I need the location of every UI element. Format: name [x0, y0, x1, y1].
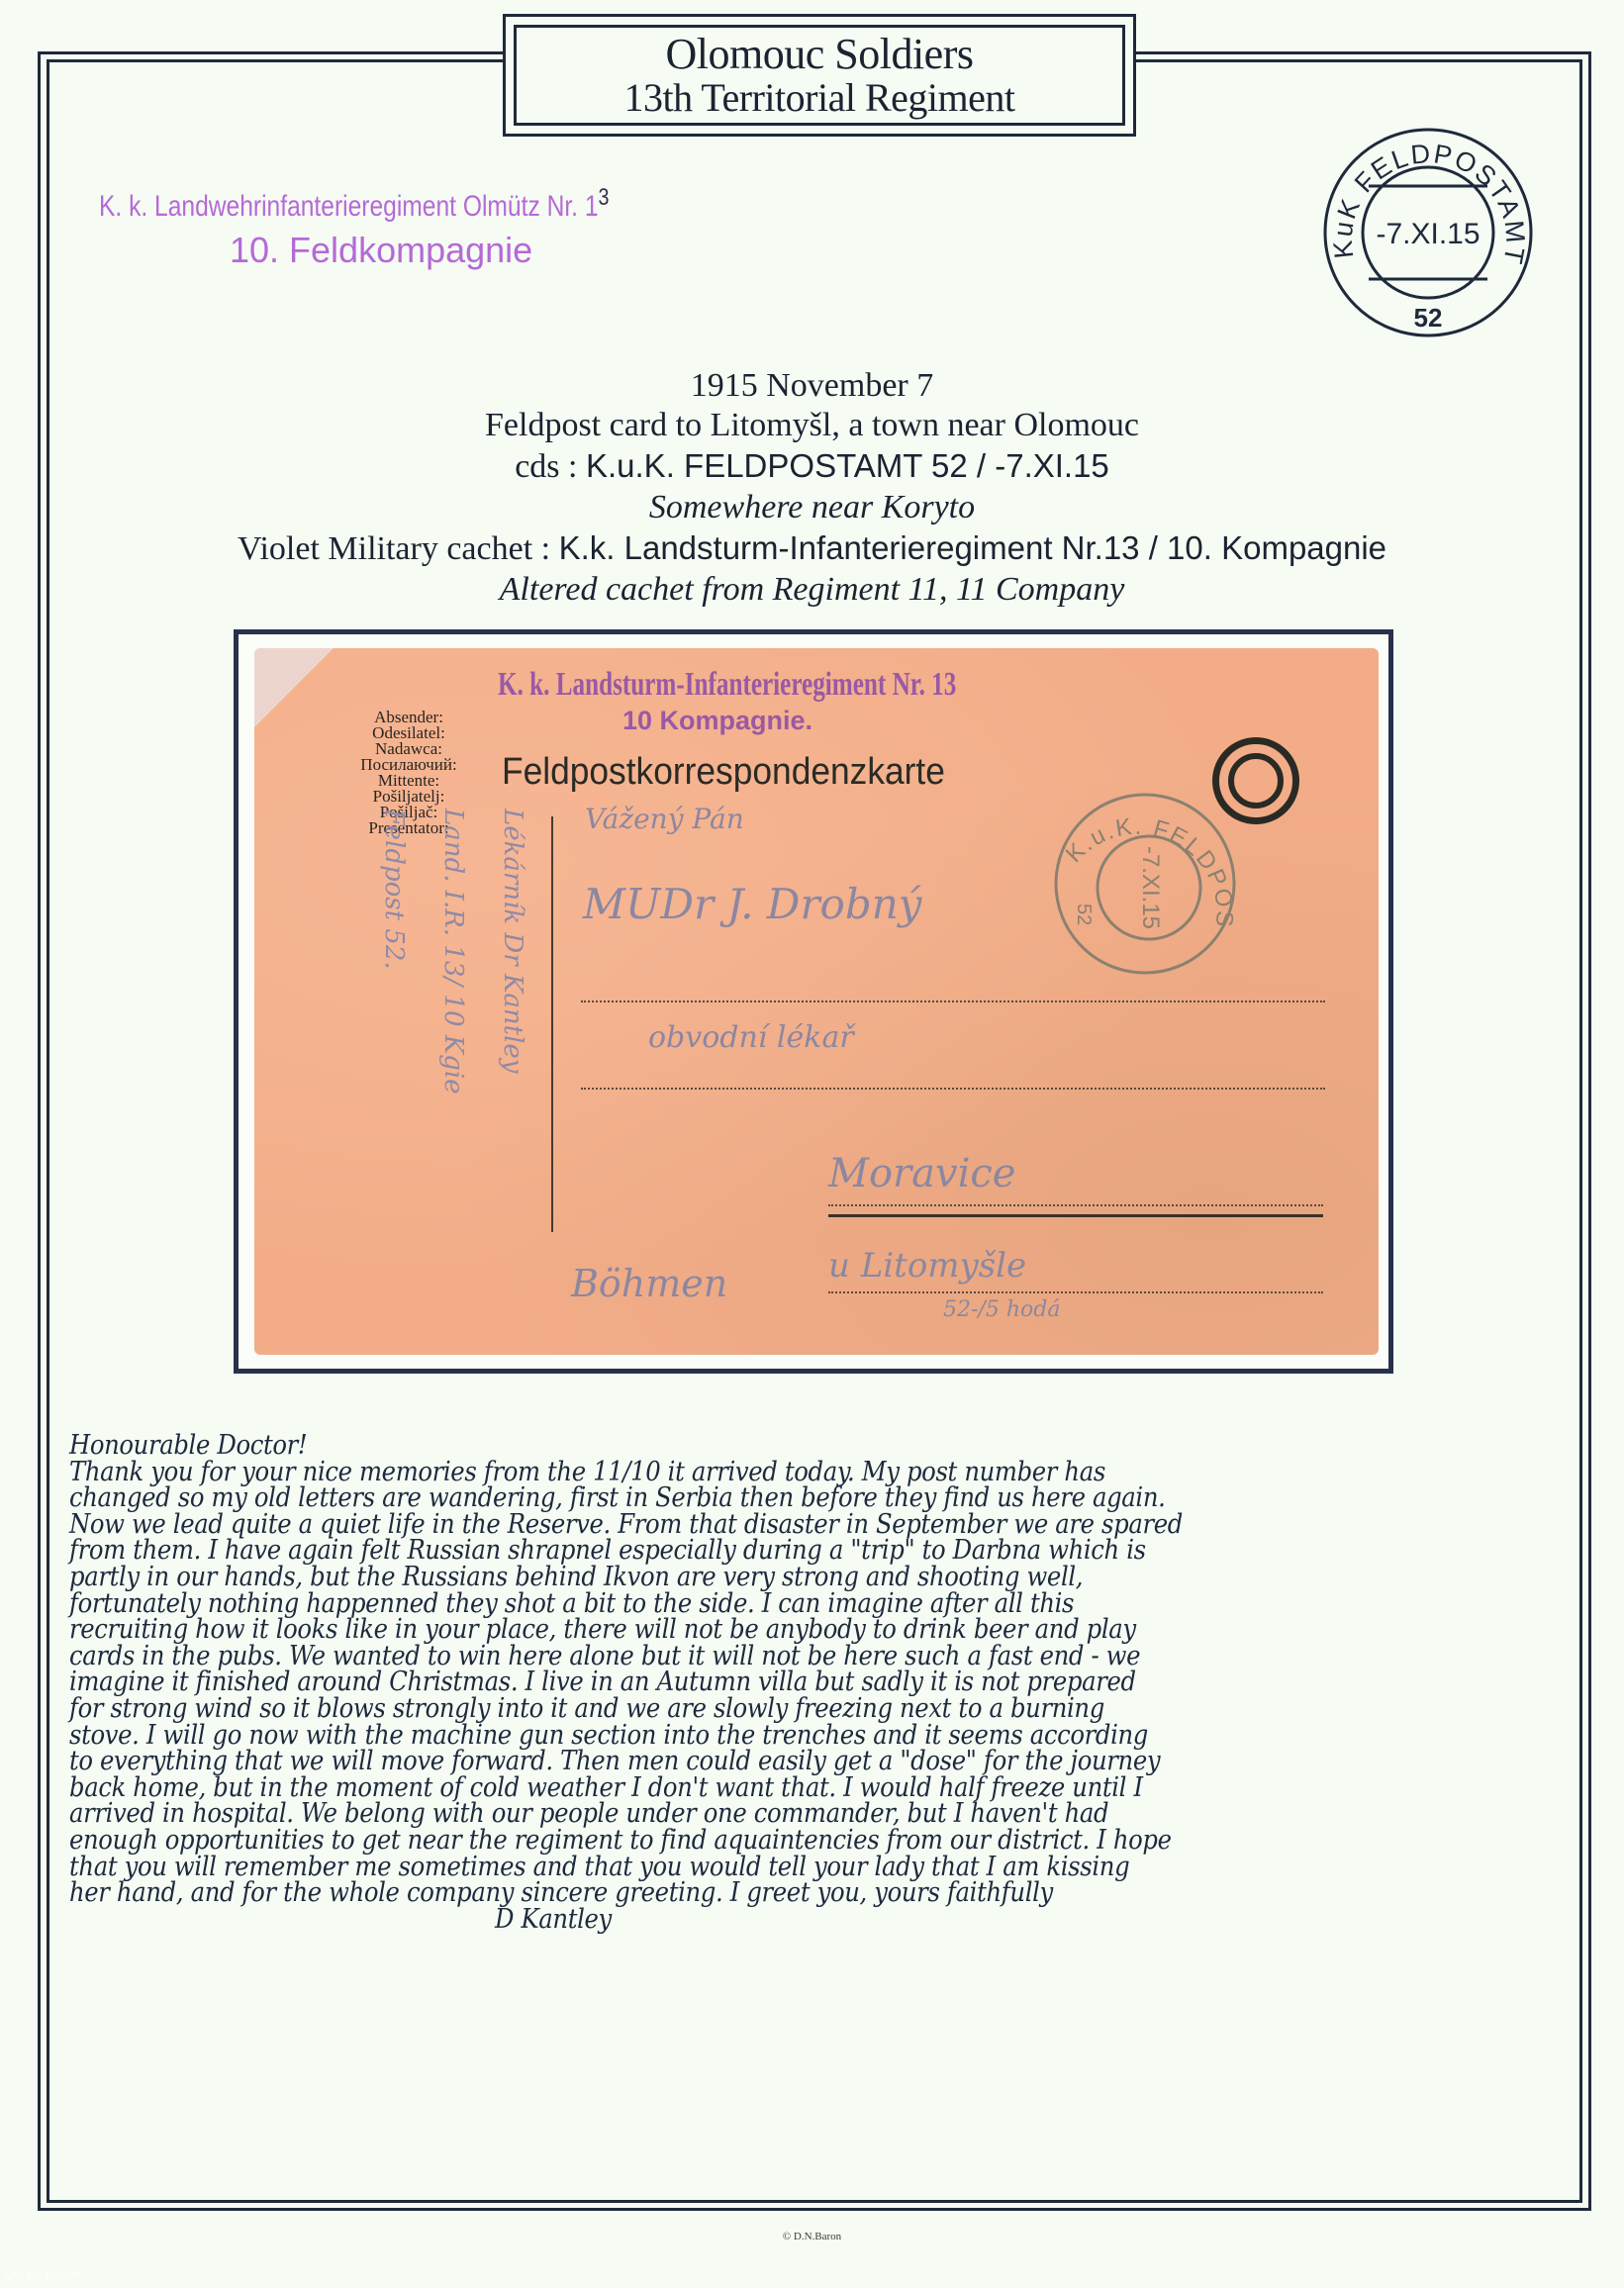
page-subtitle: 13th Territorial Regiment — [624, 77, 1015, 119]
caption-description: Feldpost card to Litomyšl, a town near O… — [0, 406, 1624, 445]
caption-cachet: Violet Military cachet : K.k. Landsturm-… — [0, 527, 1624, 570]
card-cds-number: 52 — [1073, 904, 1095, 925]
card-title: Feldpostkorrespondenzkarte — [502, 751, 945, 794]
address-village: Moravice — [828, 1151, 1015, 1196]
cds-number: 52 — [1414, 303, 1443, 333]
watermark: Derek Baron — [4, 2266, 82, 2282]
card-postmark: K.u.K. FELDPOSTAMT -7.XI.15 52 — [1046, 785, 1244, 983]
address-country: Böhmen — [571, 1262, 727, 1305]
photo-corner — [254, 648, 334, 727]
address-name: MUDr J. Drobný — [583, 880, 921, 928]
address-salutation: Vážený Pán — [585, 803, 744, 835]
card-cds-date: -7.XI.15 — [1137, 846, 1164, 929]
feldpost-card: Absender: Odesilatel: Nadawca: Посилаючи… — [254, 648, 1379, 1355]
card-violet-cachet: K. k. Landsturm-Infanterieregiment Nr. 1… — [498, 666, 1117, 736]
cachet-overwrite-digit: 3 — [599, 184, 610, 211]
address-note: 52-/5 hodá — [943, 1297, 1060, 1322]
address-title: obvodní lékař — [648, 1020, 854, 1055]
caption-cds: cds : K.u.K. FELDPOSTAMT 52 / -7.XI.15 — [0, 445, 1624, 488]
address-town: u Litomyšle — [828, 1246, 1026, 1286]
caption-location: Somewhere near Koryto — [0, 488, 1624, 527]
copyright: © D.N.Baron — [0, 2231, 1624, 2242]
caption-block: 1915 November 7 Feldpost card to Litomyš… — [0, 366, 1624, 610]
violet-cachet-reproduction: K. k. Landwehrinfanterieregiment Olmütz … — [99, 184, 721, 271]
letter-signature: D Kantley — [495, 1907, 1448, 1934]
caption-date: 1915 November 7 — [0, 366, 1624, 406]
title-plate: Olomouc Soldiers 13th Territorial Regime… — [503, 14, 1136, 137]
feldpostamt-postmark-reproduction: KuK FELDPOSTAMT -7.XI.15 52 — [1314, 119, 1542, 346]
page-title: Olomouc Soldiers — [666, 32, 974, 77]
postcard-mount: Absender: Odesilatel: Nadawca: Посилаючи… — [234, 629, 1393, 1374]
cachet-line1: K. k. Landwehrinfanterieregiment Olmütz … — [99, 190, 599, 223]
letter-transcription: Honourable Doctor! Thank you for your ni… — [69, 1433, 1554, 1933]
sender-divider — [551, 816, 553, 1232]
sender-handwriting: Lékárník Dr Kantley Land. I.R. 13/ 10 Kg… — [310, 797, 527, 1153]
cachet-line2: 10. Feldkompagnie — [230, 230, 721, 271]
caption-note: Altered cachet from Regiment 11, 11 Comp… — [0, 570, 1624, 610]
cds-date: -7.XI.15 — [1376, 218, 1480, 250]
